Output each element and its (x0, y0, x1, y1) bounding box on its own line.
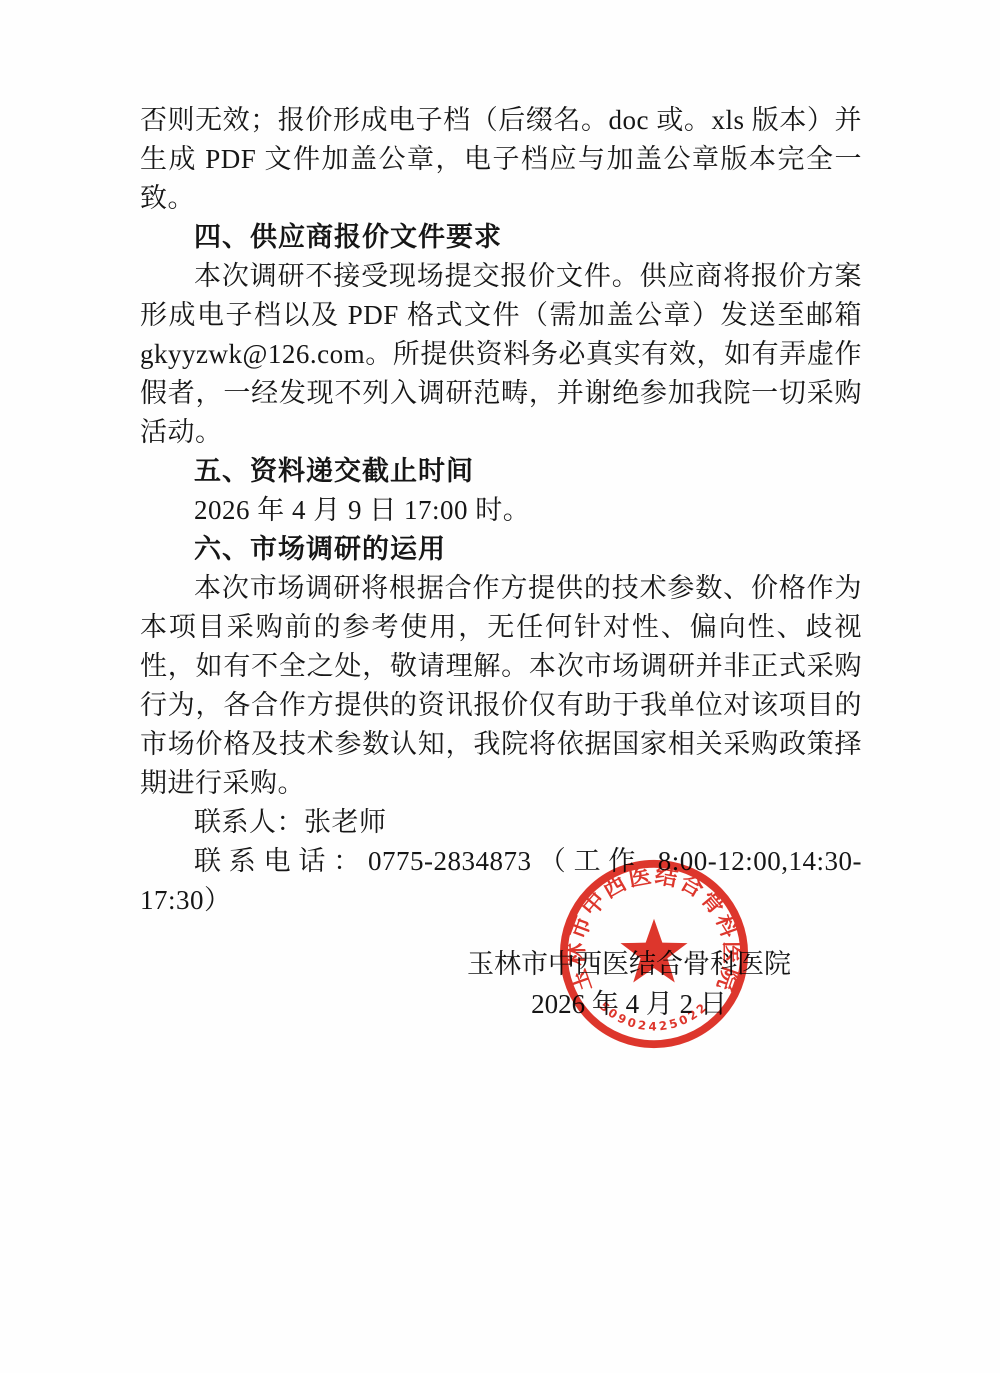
signature-organization: 玉林市中西医结合骨科医院 (464, 944, 794, 984)
document-page: 否则无效；报价形成电子档（后缀名。doc 或。xls 版本）并生成 PDF 文件… (0, 0, 1000, 1373)
contact-person-line: 联系人：张老师 (140, 803, 862, 842)
section-heading-4: 四、供应商报价文件要求 (140, 218, 862, 257)
paragraph-continuation: 否则无效；报价形成电子档（后缀名。doc 或。xls 版本）并生成 PDF 文件… (140, 101, 862, 218)
section-heading-6: 六、市场调研的运用 (140, 530, 862, 569)
contact-phone-line: 联系电话：0775-2834873（工作 8:00-12:00,14:30-17… (140, 842, 862, 920)
signature-date: 2026 年 4 月 2 日 (464, 984, 794, 1024)
document-body: 否则无效；报价形成电子档（后缀名。doc 或。xls 版本）并生成 PDF 文件… (140, 101, 862, 920)
section-body-5: 2026 年 4 月 9 日 17:00 时。 (140, 491, 862, 530)
signature-block: 玉林市中西医结合骨科医院 2026 年 4 月 2 日 (464, 944, 794, 1024)
section-body-4: 本次调研不接受现场提交报价文件。供应商将报价方案形成电子档以及 PDF 格式文件… (140, 257, 862, 452)
section-body-6: 本次市场调研将根据合作方提供的技术参数、价格作为本项目采购前的参考使用，无任何针… (140, 569, 862, 803)
section-heading-5: 五、资料递交截止时间 (140, 452, 862, 491)
